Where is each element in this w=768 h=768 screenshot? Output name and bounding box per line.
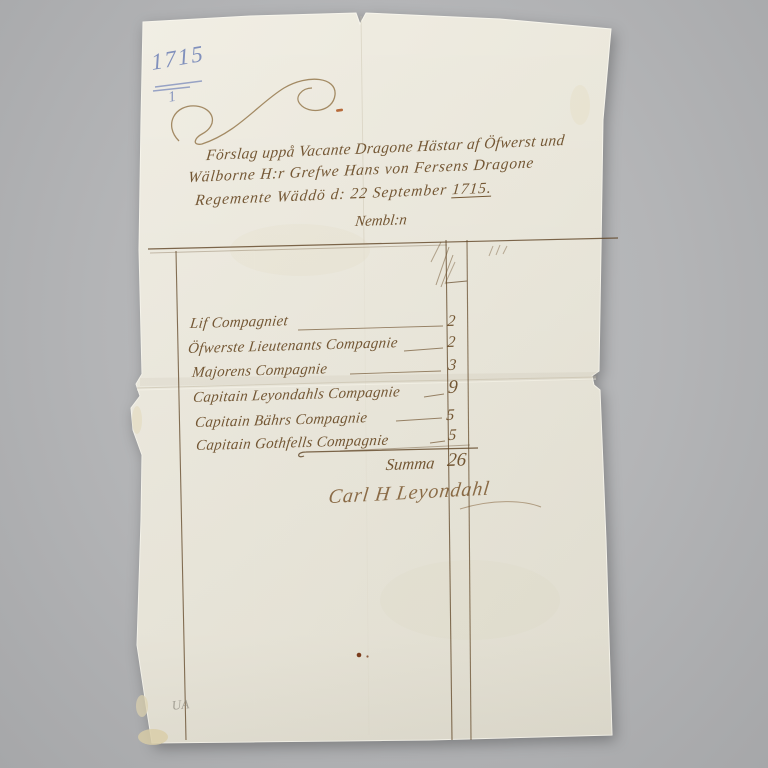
pencil-initials-note: UA (171, 696, 190, 714)
table-row-value: 2 (447, 313, 456, 331)
table-row-label: Lif Compagniet (189, 313, 289, 333)
heading-date-year: 1715. (451, 180, 493, 199)
photograph-of-historic-document: 1715 1 Förslag uppå Vacante Dragone Häst… (0, 0, 768, 768)
total-value: 26 (446, 449, 467, 472)
table-row-value: 9 (447, 377, 458, 399)
heading-line-4: Nembl:n (354, 212, 407, 231)
table-row-value: 3 (448, 357, 457, 375)
ink-blot (357, 653, 362, 658)
total-label: Summa (385, 453, 436, 475)
table-row-value: 5 (446, 407, 455, 425)
table-row-value: 2 (447, 334, 456, 352)
table-row-value: 5 (448, 427, 457, 445)
